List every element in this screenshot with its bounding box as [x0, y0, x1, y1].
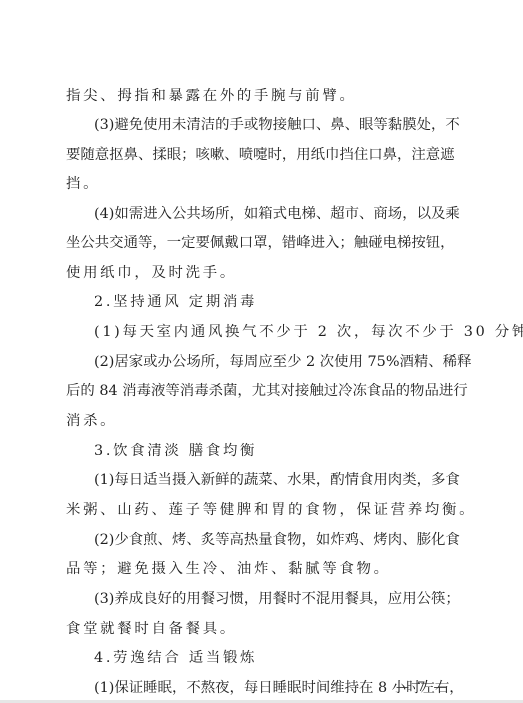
text-line: 品等；避免摄入生冷、油炸、黏腻等食物。 [66, 560, 391, 578]
text-line: 米粥、山药、莲子等健脾和胃的食物，保证营养均衡。 [66, 501, 476, 519]
text-line: 要随意抠鼻、揉眼；咳嗽、喷嚏时，用纸巾挡住口鼻，注意遮 [66, 146, 453, 164]
page-number: — 7 — [396, 680, 449, 696]
text-line: 挡。 [66, 175, 100, 193]
text-line: 消杀。 [66, 412, 117, 430]
text-line: 2.坚持通风 定期消毒 [94, 293, 257, 311]
text-line: (3)避免使用未清洁的手或物接触口、鼻、眼等黏膜处，不 [94, 116, 452, 134]
text-line: (3)养成良好的用餐习惯，用餐时不混用餐具，应用公筷； [94, 590, 452, 608]
text-line: (1)每日适当摄入新鲜的蔬菜、水果，酌情食用肉类，多食 [94, 471, 452, 489]
text-line: 食堂就餐时自备餐具。 [66, 620, 237, 638]
text-line: 3.饮食清淡 膳食均衡 [94, 442, 257, 460]
text-line: (2)居家或办公场所，每周应至少 2 次使用 75%酒精、稀释 [94, 353, 452, 371]
document-page: 指尖、拇指和暴露在外的手腕与前臂。(3)避免使用未清洁的手或物接触口、鼻、眼等黏… [0, 0, 523, 700]
text-line: 后的 84 消毒液等消毒杀菌，尤其对接触过冷冻食品的物品进行 [66, 382, 453, 400]
text-line: 指尖、拇指和暴露在外的手腕与前臂。 [66, 87, 357, 105]
text-line: (4)如需进入公共场所，如箱式电梯、超市、商场，以及乘 [94, 205, 452, 223]
text-line: 坐公共交通等，一定要佩戴口罩，错峰进入；触碰电梯按钮， [66, 234, 453, 252]
text-line: (2)少食煎、烤、炙等高热量食物，如炸鸡、烤肉、膨化食 [94, 531, 452, 549]
text-line: (1)每天室内通风换气不少于 2 次，每次不少于 30 分钟。 [94, 323, 523, 341]
text-line: 4.劳逸结合 适当锻炼 [94, 649, 257, 667]
text-line: 使用纸巾，及时洗手。 [66, 264, 237, 282]
